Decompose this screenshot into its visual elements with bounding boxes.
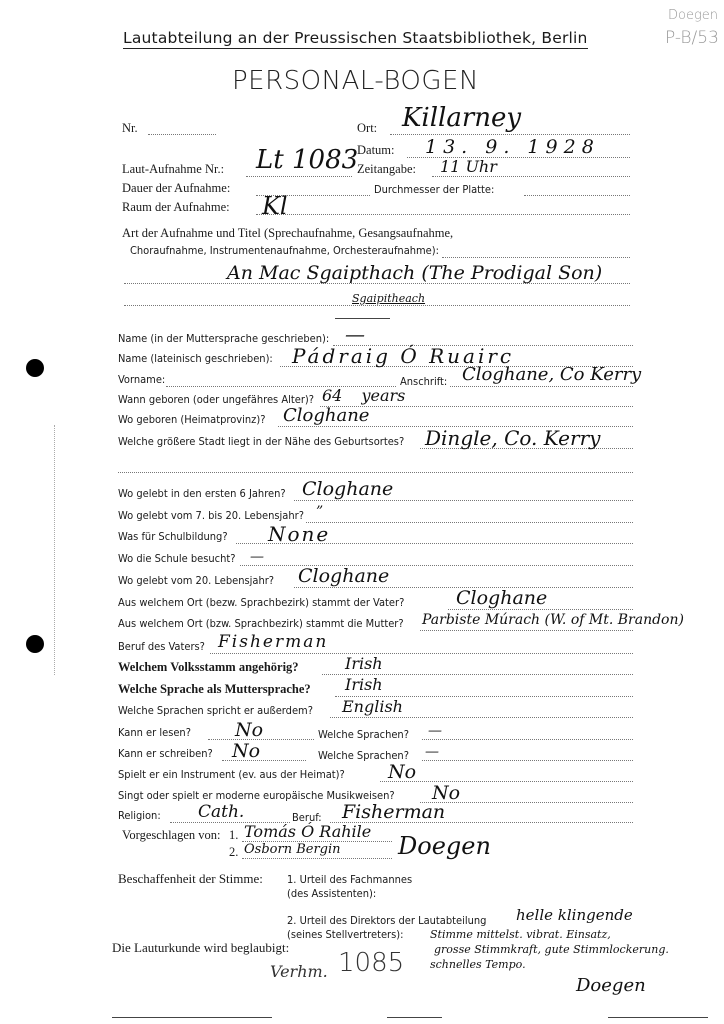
bottom-rule-left [112,1017,272,1018]
institution-header: Lautabteilung an der Preussischen Staats… [123,29,588,49]
schule-value[interactable]: — [250,549,264,565]
datum-value[interactable]: 13. 9. 1928 [425,136,600,158]
urteil-2-value-line-3[interactable]: grosse Stimmkraft, gute Stimmlockerung. [434,943,669,956]
anschrift-label: Anschrift: [400,375,447,388]
erste6-field[interactable] [294,500,633,501]
erste6-label: Wo gelebt in den ersten 6 Jahren? [118,487,286,500]
muttersprache-value[interactable]: Irish [345,675,383,694]
vater-beruf-value[interactable]: Fisherman [218,632,328,652]
nr-label: Nr. [122,121,138,136]
vater-ort-value[interactable]: Cloghane [456,587,547,609]
bottom-rule-middle [387,1017,442,1018]
urteil-2-label-line-2: (seines Stellvertreters): [287,928,403,941]
raum-label: Raum der Aufnahme: [122,200,230,215]
margin-line [54,425,55,675]
geboren-value[interactable]: 64 years [322,386,405,405]
name-latin-label: Name (lateinisch geschrieben): [118,352,273,365]
bis20-value[interactable]: ” [316,504,323,520]
wo-geboren-label: Wo geboren (Heimatprovinz)? [118,413,265,426]
volksstamm-value[interactable]: Irish [345,654,383,673]
urteil-2-value-line-2[interactable]: Stimme mittelst. vibrat. Einsatz, [430,928,611,941]
raum-field[interactable] [256,214,630,215]
schulbildung-value[interactable]: None [268,522,330,546]
beruf-value[interactable]: Fisherman [342,801,445,823]
durchmesser-field[interactable] [524,195,630,196]
ab20-value[interactable]: Cloghane [298,565,389,587]
datum-label: Datum: [357,143,395,158]
ort-field[interactable] [390,134,630,135]
lesen-label: Kann er lesen? [118,726,191,739]
religion-value[interactable]: Cath. [198,802,244,822]
laut-nr-label: Laut-Aufnahme Nr.: [122,162,224,177]
wo-geboren-value[interactable]: Cloghane [283,405,369,426]
instrument-field[interactable] [380,781,633,782]
corner-note-code: P-B/53 [665,28,719,48]
punch-hole-top [26,359,44,377]
stadt-value[interactable]: Dingle, Co. Kerry [425,426,600,450]
stadt-field-extra[interactable] [118,472,633,473]
art-label-line-2: Choraufnahme, Instrumentenaufnahme, Orch… [130,244,439,257]
durchmesser-label: Durchmesser der Platte: [374,183,494,196]
urteil-2-value-line-4[interactable]: schnelles Tempo. [430,958,526,971]
nr-field[interactable] [148,134,216,135]
art-label-line-1: Art der Aufnahme und Titel (Sprechaufnah… [122,226,453,241]
anschrift-field[interactable] [450,386,633,387]
beglaubigt-label: Die Lauturkunde wird beglaubigt: [112,940,289,956]
title-separator [335,318,390,319]
vorschlag-2-value[interactable]: Osborn Bergin [244,842,341,857]
laut-nr-field[interactable] [246,176,352,177]
zeit-value[interactable]: 11 Uhr [440,157,497,176]
instrument-value[interactable]: No [388,761,416,783]
vorschlag-1-value[interactable]: Tomás Ó Rahile [244,822,371,841]
urteil-1-label-line-1: 1. Urteil des Fachmannes [287,873,412,886]
ort-value[interactable]: Killarney [402,103,521,133]
muttersprache-label: Welche Sprache als Muttersprache? [118,682,311,697]
mutter-ort-value[interactable]: Parbiste Múrach (W. of Mt. Brandon) [422,612,684,628]
signature-doegen-2: Doegen [576,975,646,996]
dauer-label: Dauer der Aufnahme: [122,181,230,196]
title-field-line-2[interactable] [124,305,630,306]
ort-label: Ort: [357,121,377,136]
bottom-rule-right [608,1017,708,1018]
sprachen-value[interactable]: English [342,697,403,716]
laut-nr-value[interactable]: Lt 1083 [256,145,358,175]
schreiben-value[interactable]: No [232,740,260,762]
beglaubigt-number[interactable]: 1085 [338,948,404,978]
vorschlag-2-number: 2. [229,845,238,860]
beglaubigt-note[interactable]: Verhm. [270,962,328,981]
zeit-field[interactable] [432,176,630,177]
vorname-label: Vorname: [118,373,165,386]
mutter-ort-label: Aus welchem Ort (bzw. Sprachbezirk) stam… [118,617,404,630]
vorschlag-2-field[interactable] [242,858,392,859]
schule-label: Wo die Schule besucht? [118,552,236,565]
mutter-ort-field[interactable] [420,630,633,631]
signature-doegen-1: Doegen [398,832,491,860]
instrument-label: Spielt er ein Instrument (ev. aus der He… [118,768,345,781]
ab20-label: Wo gelebt vom 20. Lebensjahr? [118,574,274,587]
vater-ort-label: Aus welchem Ort (bezw. Sprachbezirk) sta… [118,596,404,609]
corner-note-name: Doegen [668,8,718,23]
erste6-value[interactable]: Cloghane [302,478,393,500]
vorschlag-1-number: 1. [229,828,238,843]
form-title: PERSONAL-BOGEN [232,66,479,96]
lesen-sprachen-field[interactable] [422,739,633,740]
raum-value[interactable]: Kl [262,192,288,220]
zeit-label: Zeitangabe: [357,162,416,177]
urteil-1-label-line-2: (des Assistenten): [287,887,376,900]
vorgeschlagen-label: Vorgeschlagen von: [122,828,220,843]
vater-beruf-field[interactable] [210,653,633,654]
punch-hole-bottom [26,635,44,653]
volksstamm-label: Welchem Volksstamm angehörig? [118,660,299,675]
sprachen-label: Welche Sprachen spricht er außerdem? [118,704,313,717]
religion-label: Religion: [118,809,161,822]
lesen-value[interactable]: No [235,719,263,741]
vater-ort-field[interactable] [448,609,633,610]
stimme-label: Beschaffenheit der Stimme: [118,871,263,887]
lesen-sprachen-label: Welche Sprachen? [318,728,409,741]
art-field[interactable] [442,257,630,258]
schreiben-sprachen-value[interactable]: — [425,744,439,760]
schreiben-label: Kann er schreiben? [118,747,213,760]
recording-title-value[interactable]: An Mac Sgaipthach (The Prodigal Son) [227,262,602,284]
schreiben-sprachen-field[interactable] [422,760,633,761]
bis20-field[interactable] [306,522,633,523]
stadt-label: Welche größere Stadt liegt in der Nähe d… [118,435,404,448]
bis20-label: Wo gelebt vom 7. bis 20. Lebensjahr? [118,509,304,522]
sprachen-field[interactable] [330,717,633,718]
urteil-2-label-line-1: 2. Urteil des Direktors der Lautabteilun… [287,914,486,927]
lesen-sprachen-value[interactable]: — [428,723,442,739]
vater-beruf-label: Beruf des Vaters? [118,640,205,653]
anschrift-value[interactable]: Cloghane, Co Kerry [462,364,641,385]
urteil-2-value-line-1[interactable]: helle klingende [516,906,633,924]
recording-title-correction[interactable]: Sgaipitheach [352,292,425,305]
schulbildung-label: Was für Schulbildung? [118,530,228,543]
name-native-value[interactable]: — [345,322,365,346]
